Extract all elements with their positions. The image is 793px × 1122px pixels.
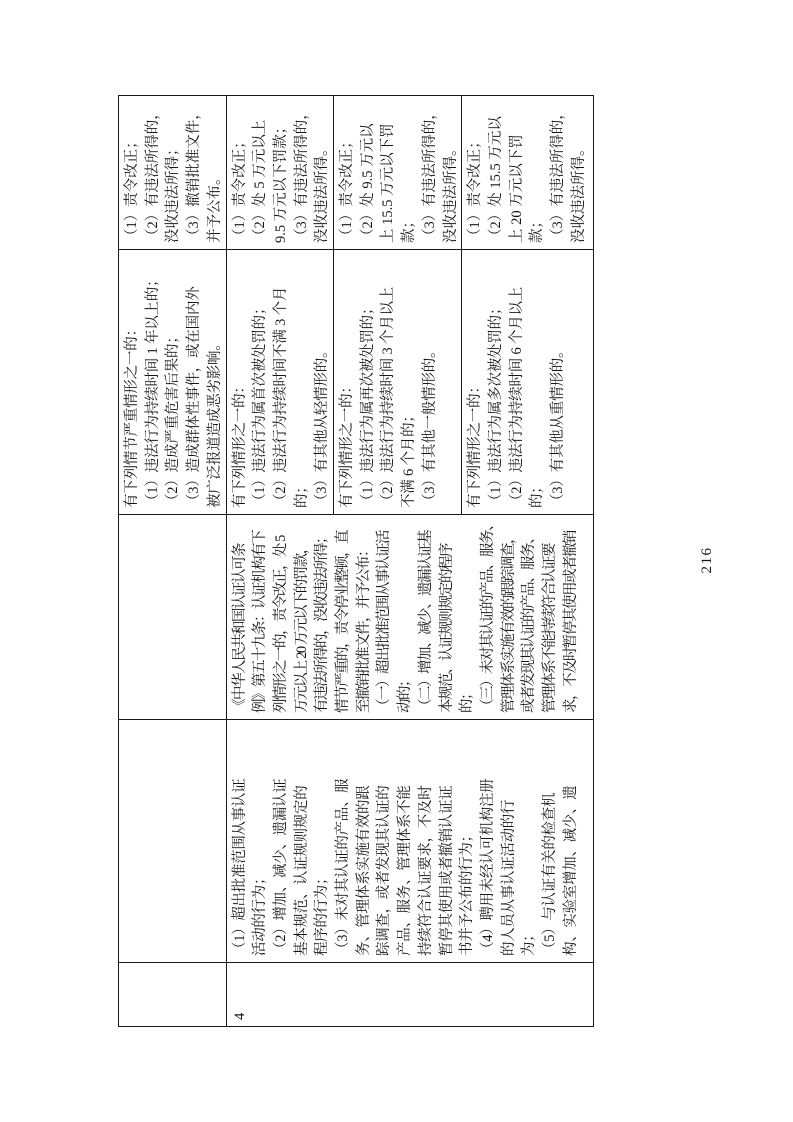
page-number: 216 xyxy=(698,538,716,582)
table-row-previous-entry-tail: 有下列情节严重情形之一的： （1）违法行为持续时间 1 年以上的； （2）造成严… xyxy=(119,96,227,1027)
rotated-table-container: 有下列情节严重情形之一的： （1）违法行为持续时间 1 年以上的； （2）造成严… xyxy=(118,96,590,1027)
cell-legal-basis-entry4: 《中华人民共和国认证认可条 例》第五十九条：认证机构有下 列情形之一的，责令改正… xyxy=(226,515,594,720)
cell-violation-prev xyxy=(119,720,227,963)
cell-seq-entry4: 4 xyxy=(226,963,594,1027)
cell-penalty-aggravated: （1）责令改正； （2）处 15.5 万元以 上 20 万元以下罚 款； （3）… xyxy=(462,96,594,250)
cell-circumstance-general: 有下列情形之一的： （1）违法行为属再次被处罚的； （2）违法行为持续时间 3 … xyxy=(334,250,462,515)
cell-penalty-minor: （1）责令改正； （2）处 5 万元以上 9.5 万元以下罚款； （3）有违法所… xyxy=(226,96,334,250)
cell-circumstance-minor: 有下列情形之一的： （1）违法行为属首次被处罚的； （2）违法行为持续时间不满 … xyxy=(226,250,334,515)
cell-seq-prev xyxy=(119,963,227,1027)
document-page: { "page_number": "216", "table": { "prev… xyxy=(0,0,793,1122)
cell-circumstance-severe: 有下列情节严重情形之一的： （1）违法行为持续时间 1 年以上的； （2）造成严… xyxy=(119,250,227,515)
cell-penalty-general: （1）责令改正； （2）处 9.5 万元以 上 15.5 万元以下罚 款； （3… xyxy=(334,96,462,250)
cell-circumstance-aggravated: 有下列情形之一的： （1）违法行为属多次被处罚的； （2）违法行为持续时间 6 … xyxy=(462,250,594,515)
cell-violation-entry4: （1）超出批准范围从事认证 活动的行为； （2）增加、减少、遗漏认证 基本规范、… xyxy=(226,720,594,963)
cell-penalty-severe: （1）责令改正； （2）有违法所得的， 没收违法所得； （3）撤销批准文件， 并… xyxy=(119,96,227,250)
table-row-entry4-level1: 4 （1）超出批准范围从事认证 活动的行为； （2）增加、减少、遗漏认证 基本规… xyxy=(226,96,334,1027)
cell-legal-basis-prev xyxy=(119,515,227,720)
penalty-standards-table: 有下列情节严重情形之一的： （1）违法行为持续时间 1 年以上的； （2）造成严… xyxy=(118,95,594,1027)
